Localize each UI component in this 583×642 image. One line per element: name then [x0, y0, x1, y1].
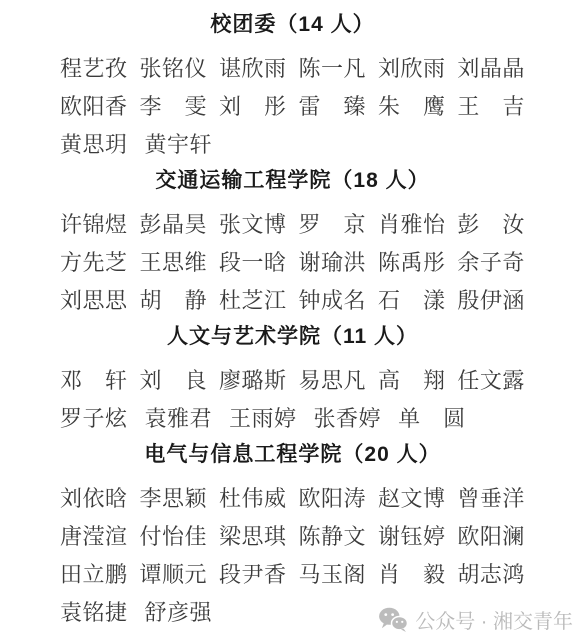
person-name: 肖雅怡 — [378, 208, 446, 239]
person-name: 任文露 — [457, 364, 525, 395]
name-row: 方先芝王思维段一晗谢瑜洪陈禹彤余子奇 — [60, 242, 525, 280]
person-name: 肖 毅 — [378, 558, 446, 589]
person-name: 易思凡 — [298, 364, 366, 395]
section-title: 校团委（14 人） — [60, 6, 525, 44]
section-title: 人文与艺术学院（11 人） — [60, 318, 525, 356]
person-name: 欧阳澜 — [457, 520, 525, 551]
person-name: 唐滢渲 — [60, 520, 128, 551]
person-name: 田立鹏 — [60, 558, 128, 589]
section-title: 交通运输工程学院（18 人） — [60, 162, 525, 200]
person-name: 陈静文 — [298, 520, 366, 551]
name-row: 许锦煜彭晶昊张文博罗 京肖雅怡彭 汝 — [60, 204, 525, 242]
person-name: 舒彦强 — [145, 596, 213, 627]
person-name: 许锦煜 — [60, 208, 128, 239]
person-name: 刘欣雨 — [378, 52, 446, 83]
person-name: 张文博 — [219, 208, 287, 239]
person-name: 罗子炫 — [60, 402, 128, 433]
person-name: 王思维 — [139, 246, 207, 277]
person-name: 谢瑜洪 — [298, 246, 366, 277]
person-name: 王 吉 — [457, 90, 525, 121]
person-name: 余子奇 — [457, 246, 525, 277]
person-name: 陈禹彤 — [378, 246, 446, 277]
person-name: 高 翔 — [378, 364, 446, 395]
person-name: 段一晗 — [219, 246, 287, 277]
person-name: 雷 臻 — [298, 90, 366, 121]
person-name: 段尹香 — [219, 558, 287, 589]
person-name: 钟成名 — [298, 284, 366, 315]
person-name: 罗 京 — [298, 208, 366, 239]
person-name: 袁铭捷 — [60, 596, 128, 627]
person-name: 曾垂洋 — [457, 482, 525, 513]
name-row: 欧阳香李 雯刘 彤雷 臻朱 鹰王 吉 — [60, 86, 525, 124]
person-name: 彭 汝 — [457, 208, 525, 239]
name-row: 罗子炫袁雅君王雨婷张香婷单 圆 — [60, 398, 525, 436]
person-name: 马玉阁 — [298, 558, 366, 589]
person-name: 杜芝江 — [219, 284, 287, 315]
person-name: 邓 轩 — [60, 364, 128, 395]
person-name: 谢钰婷 — [378, 520, 446, 551]
person-name: 李 雯 — [139, 90, 207, 121]
person-name: 刘依晗 — [60, 482, 128, 513]
person-name: 刘 彤 — [219, 90, 287, 121]
section-title: 电气与信息工程学院（20 人） — [60, 436, 525, 474]
person-name: 朱 鹰 — [378, 90, 446, 121]
person-name: 廖璐斯 — [219, 364, 287, 395]
person-name: 方先芝 — [60, 246, 128, 277]
person-name: 石 漾 — [378, 284, 446, 315]
name-row: 刘依晗李思颖杜伟威欧阳涛赵文博曾垂洋 — [60, 478, 525, 516]
person-name: 胡志鸿 — [457, 558, 525, 589]
person-name: 李思颖 — [139, 482, 207, 513]
person-name: 胡 静 — [139, 284, 207, 315]
name-row: 刘思思胡 静杜芝江钟成名石 漾殷伊涵 — [60, 280, 525, 318]
wechat-icon — [356, 607, 408, 632]
person-name: 刘晶晶 — [457, 52, 525, 83]
person-name: 杜伟威 — [219, 482, 287, 513]
person-name: 彭晶昊 — [139, 208, 207, 239]
name-row: 邓 轩刘 良廖璐斯易思凡高 翔任文露 — [60, 360, 525, 398]
person-name: 刘思思 — [60, 284, 128, 315]
person-name: 殷伊涵 — [457, 284, 525, 315]
person-name: 张香婷 — [314, 402, 382, 433]
name-row: 黄思玥黄宇轩 — [60, 124, 525, 162]
person-name: 张铭仪 — [139, 52, 207, 83]
person-name: 程艺孜 — [60, 52, 128, 83]
person-name: 袁雅君 — [145, 402, 213, 433]
person-name: 欧阳涛 — [298, 482, 366, 513]
name-row: 程艺孜张铭仪谌欣雨陈一凡刘欣雨刘晶晶 — [60, 48, 525, 86]
person-name: 付怡佳 — [139, 520, 207, 551]
person-name: 黄思玥 — [60, 128, 128, 159]
name-row: 田立鹏谭顺元段尹香马玉阁肖 毅胡志鸿 — [60, 554, 525, 592]
roster-document: 校团委（14 人）程艺孜张铭仪谌欣雨陈一凡刘欣雨刘晶晶欧阳香李 雯刘 彤雷 臻朱… — [0, 0, 583, 630]
person-name: 欧阳香 — [60, 90, 128, 121]
person-name: 王雨婷 — [229, 402, 297, 433]
name-row: 唐滢渲付怡佳梁思琪陈静文谢钰婷欧阳澜 — [60, 516, 525, 554]
person-name: 赵文博 — [378, 482, 446, 513]
person-name: 刘 良 — [139, 364, 207, 395]
person-name: 单 圆 — [398, 402, 466, 433]
person-name: 谭顺元 — [139, 558, 207, 589]
wechat-watermark: 公众号 · 湘交青年 — [356, 605, 573, 634]
person-name: 谌欣雨 — [219, 52, 287, 83]
person-name: 黄宇轩 — [145, 128, 213, 159]
watermark-text: 公众号 · 湘交青年 — [415, 605, 573, 634]
person-name: 梁思琪 — [219, 520, 287, 551]
person-name: 陈一凡 — [298, 52, 366, 83]
